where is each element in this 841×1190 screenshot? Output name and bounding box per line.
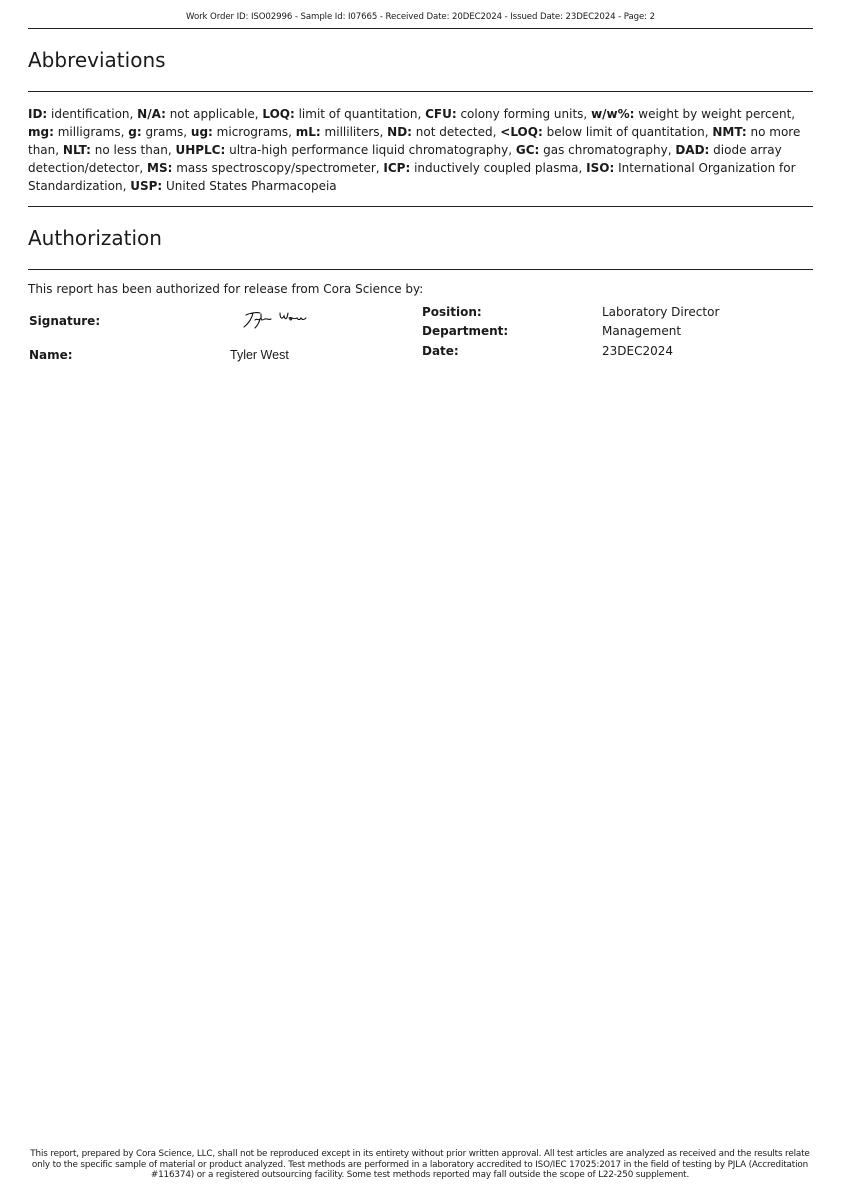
- abbreviations-list: ID: identification, N/A: not applicable,…: [28, 105, 818, 195]
- authorization-heading: Authorization: [28, 226, 162, 250]
- abbreviation-term: UHPLC:: [175, 143, 225, 157]
- abbreviation-term: NMT:: [712, 125, 746, 139]
- abbreviation-definition: not applicable,: [166, 107, 262, 121]
- abbreviations-divider-bottom: [28, 206, 813, 207]
- page-footer-disclaimer: This report, prepared by Cora Science, L…: [20, 1149, 820, 1181]
- abbreviation-definition: United States Pharmacopeia: [162, 179, 336, 193]
- signature-image: [240, 308, 312, 334]
- abbreviation-term: <LOQ:: [500, 125, 542, 139]
- authorization-divider: [28, 269, 813, 270]
- abbreviations-divider-top: [28, 91, 813, 92]
- abbreviation-definition: micrograms,: [213, 125, 296, 139]
- abbreviations-heading: Abbreviations: [28, 48, 166, 72]
- position-label: Position:: [422, 305, 482, 319]
- abbreviation-definition: no less than,: [91, 143, 176, 157]
- abbreviation-definition: gas chromatography,: [539, 143, 675, 157]
- abbreviation-term: LOQ:: [262, 107, 294, 121]
- signature-icon: [240, 308, 312, 330]
- abbreviation-term: NLT:: [63, 143, 91, 157]
- abbreviation-term: ID:: [28, 107, 47, 121]
- abbreviation-term: MS:: [147, 161, 172, 175]
- department-value: Management: [602, 324, 681, 338]
- position-value: Laboratory Director: [602, 305, 719, 319]
- abbreviation-definition: ultra-high performance liquid chromatogr…: [225, 143, 516, 157]
- abbreviation-term: GC:: [516, 143, 539, 157]
- abbreviation-term: ISO:: [586, 161, 614, 175]
- name-label: Name:: [29, 348, 73, 362]
- abbreviation-term: mg:: [28, 125, 54, 139]
- abbreviation-term: ug:: [191, 125, 213, 139]
- abbreviation-definition: milligrams,: [54, 125, 128, 139]
- page-header: Work Order ID: ISO02996 - Sample Id: I07…: [0, 12, 841, 22]
- abbreviation-definition: inductively coupled plasma,: [410, 161, 586, 175]
- abbreviation-term: w/w%:: [591, 107, 634, 121]
- abbreviation-definition: milliliters,: [321, 125, 387, 139]
- abbreviation-term: g:: [128, 125, 141, 139]
- abbreviation-term: CFU:: [425, 107, 457, 121]
- abbreviation-definition: limit of quantitation,: [295, 107, 425, 121]
- abbreviation-term: mL:: [296, 125, 321, 139]
- abbreviation-term: N/A:: [137, 107, 166, 121]
- signature-label: Signature:: [29, 314, 100, 328]
- abbreviation-definition: weight by weight percent,: [634, 107, 795, 121]
- header-divider: [28, 28, 813, 29]
- date-value: 23DEC2024: [602, 344, 673, 358]
- date-label: Date:: [422, 344, 459, 358]
- abbreviation-term: ICP:: [383, 161, 410, 175]
- name-value: Tyler West: [230, 348, 289, 362]
- abbreviation-term: DAD:: [675, 143, 709, 157]
- abbreviation-term: ND:: [387, 125, 412, 139]
- abbreviation-definition: not detected,: [412, 125, 500, 139]
- abbreviation-definition: mass spectroscopy/spectrometer,: [172, 161, 383, 175]
- abbreviation-definition: below limit of quantitation,: [543, 125, 713, 139]
- abbreviation-definition: identification,: [47, 107, 137, 121]
- abbreviation-definition: colony forming units,: [457, 107, 591, 121]
- authorization-intro: This report has been authorized for rele…: [28, 282, 423, 296]
- abbreviation-term: USP:: [130, 179, 162, 193]
- department-label: Department:: [422, 324, 508, 338]
- abbreviation-definition: grams,: [142, 125, 191, 139]
